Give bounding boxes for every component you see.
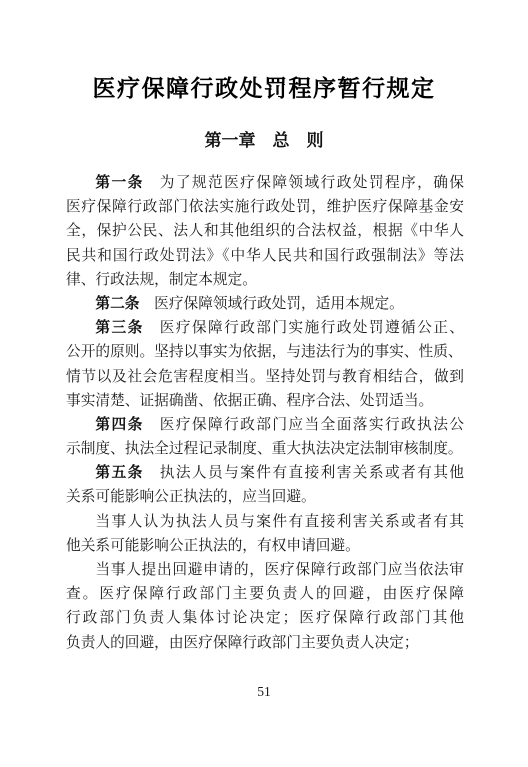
text-line: 第一条 为了规范医疗保障领域行政处罚程序，确保 xyxy=(66,171,464,195)
article-number: 第二条 xyxy=(95,296,139,312)
chapter-heading: 第一章 总 则 xyxy=(0,129,528,153)
body-text: 第一条 为了规范医疗保障领域行政处罚程序，确保医疗保障行政部门依法实施行政处罚，… xyxy=(66,171,464,655)
text-line: 情节以及社会危害程度相当。坚持处罚与教育相结合，做到 xyxy=(66,365,464,389)
text-line: 关系可能影响公正执法的，应当回避。 xyxy=(66,485,464,509)
text-line: 全，保护公民、法人和其他组织的合法权益，根据《中华人 xyxy=(66,219,464,243)
text-line: 民共和国行政处罚法》《中华人民共和国行政强制法》等法 xyxy=(66,244,464,268)
article-number: 第一条 xyxy=(95,175,143,191)
text-line: 他关系可能影响公正执法的，有权申请回避。 xyxy=(66,534,464,558)
text-line: 当事人认为执法人员与案件有直接利害关系或者有其 xyxy=(66,510,464,534)
document-page: 医疗保障行政处罚程序暂行规定 第一章 总 则 第一条 为了规范医疗保障领域行政处… xyxy=(0,0,528,767)
text-line: 第二条 医疗保障领域行政处罚，适用本规定。 xyxy=(66,292,464,316)
text-line: 律、行政法规，制定本规定。 xyxy=(66,268,464,292)
text-line: 示制度、执法全过程记录制度、重大执法决定法制审核制度。 xyxy=(66,437,464,461)
text-line: 第四条 医疗保障行政部门应当全面落实行政执法公 xyxy=(66,413,464,437)
text-line: 公开的原则。坚持以事实为依据，与违法行为的事实、性质、 xyxy=(66,340,464,364)
article-number: 第五条 xyxy=(95,465,143,481)
text-line: 负责人的回避，由医疗保障行政部门主要负责人决定； xyxy=(66,631,464,655)
text-line: 当事人提出回避申请的，医疗保障行政部门应当依法审 xyxy=(66,558,464,582)
document-title: 医疗保障行政处罚程序暂行规定 xyxy=(0,74,528,104)
article-number: 第三条 xyxy=(95,320,143,336)
text-line: 第三条 医疗保障行政部门实施行政处罚遵循公正、 xyxy=(66,316,464,340)
text-line: 行政部门负责人集体讨论决定；医疗保障行政部门其他 xyxy=(66,606,464,630)
text-line: 第五条 执法人员与案件有直接利害关系或者有其他 xyxy=(66,461,464,485)
page-number: 51 xyxy=(0,683,528,701)
text-line: 事实清楚、证据确凿、依据正确、程序合法、处罚适当。 xyxy=(66,389,464,413)
text-line: 医疗保障行政部门依法实施行政处罚，维护医疗保障基金安 xyxy=(66,195,464,219)
text-line: 查。医疗保障行政部门主要负责人的回避，由医疗保障 xyxy=(66,582,464,606)
article-number: 第四条 xyxy=(95,417,143,433)
